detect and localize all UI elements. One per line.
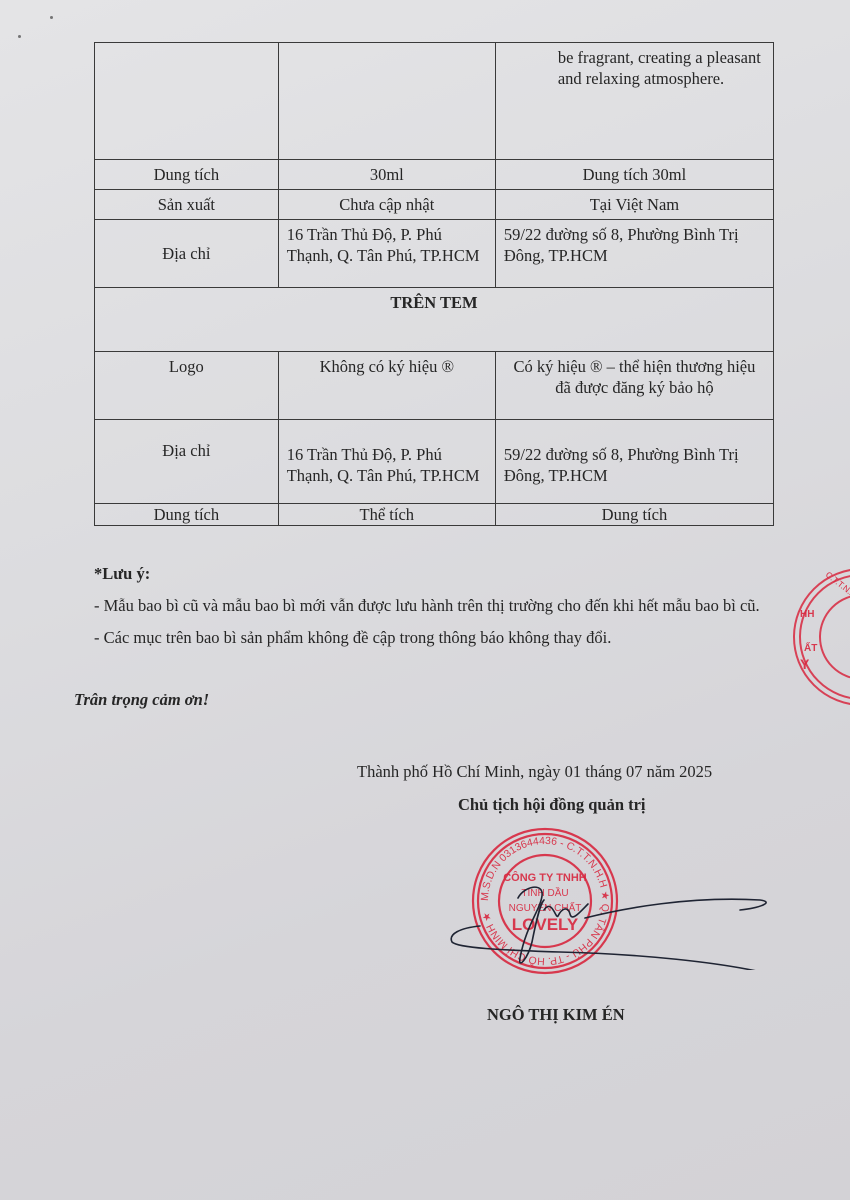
new-value: Dung tích 30ml xyxy=(495,160,773,190)
note-item: - Mẫu bao bì cũ và mẫu bao bì mới vẫn đư… xyxy=(94,595,784,617)
old-value: Thể tích xyxy=(278,504,495,526)
new-value: be fragrant, creating a pleasant and rel… xyxy=(495,43,773,160)
signer-role: Chủ tịch hội đồng quản trị xyxy=(458,795,646,815)
section-title: TRÊN TEM xyxy=(95,288,774,352)
table-row: be fragrant, creating a pleasant and rel… xyxy=(95,43,774,160)
closing-text: Trân trọng cảm ơn! xyxy=(74,690,209,710)
side-seal-fragment: HH xyxy=(800,609,814,620)
row-label: Địa chỉ xyxy=(95,220,279,288)
row-label: Sản xuất xyxy=(95,190,279,220)
old-value xyxy=(278,43,495,160)
new-value: Có ký hiệu ® – thể hiện thương hiệu đã đ… xyxy=(495,352,773,420)
note-item: - Các mục trên bao bì sản phẩm không đề … xyxy=(94,627,784,649)
side-seal-fragment: Y xyxy=(800,656,810,672)
paper-speck xyxy=(18,35,21,38)
note-section: *Lưu ý: - Mẫu bao bì cũ và mẫu bao bì mớ… xyxy=(94,563,784,659)
paper-speck xyxy=(50,16,53,19)
new-value: Tại Việt Nam xyxy=(495,190,773,220)
signer-name: NGÔ THỊ KIM ÉN xyxy=(487,1005,625,1025)
new-value: 59/22 đường số 8, Phường Bình Trị Đông, … xyxy=(495,220,773,288)
old-value: 16 Trần Thủ Độ, P. Phú Thạnh, Q. Tân Phú… xyxy=(278,420,495,504)
note-title: *Lưu ý: xyxy=(94,563,784,585)
old-value: 30ml xyxy=(278,160,495,190)
side-seal-fragment: ẤT xyxy=(804,641,817,654)
row-label: Logo xyxy=(95,352,279,420)
old-value: 16 Trần Thủ Độ, P. Phú Thạnh, Q. Tân Phú… xyxy=(278,220,495,288)
handwritten-signature xyxy=(440,860,780,970)
comparison-table: be fragrant, creating a pleasant and rel… xyxy=(94,42,774,526)
old-value: Chưa cập nhật xyxy=(278,190,495,220)
new-value: 59/22 đường số 8, Phường Bình Trị Đông, … xyxy=(495,420,773,504)
table-row: Logo Không có ký hiệu ® Có ký hiệu ® – t… xyxy=(95,352,774,420)
table-row: Sản xuất Chưa cập nhật Tại Việt Nam xyxy=(95,190,774,220)
section-header-row: TRÊN TEM xyxy=(95,288,774,352)
table-row: Địa chỉ 16 Trần Thủ Độ, P. Phú Thạnh, Q.… xyxy=(95,220,774,288)
new-value: Dung tích xyxy=(495,504,773,526)
row-label xyxy=(95,43,279,160)
table-row: Địa chỉ 16 Trần Thủ Độ, P. Phú Thạnh, Q.… xyxy=(95,420,774,504)
side-seal-stamp: HH ẤT Y C.T.T.N.H.H ★ CHÍ MINH xyxy=(790,565,850,710)
row-label: Dung tích xyxy=(95,160,279,190)
table-row: Dung tích Thể tích Dung tích xyxy=(95,504,774,526)
row-label: Dung tích xyxy=(95,504,279,526)
date-line: Thành phố Hồ Chí Minh, ngày 01 tháng 07 … xyxy=(357,762,712,782)
old-value: Không có ký hiệu ® xyxy=(278,352,495,420)
table-row: Dung tích 30ml Dung tích 30ml xyxy=(95,160,774,190)
row-label: Địa chỉ xyxy=(95,420,279,504)
